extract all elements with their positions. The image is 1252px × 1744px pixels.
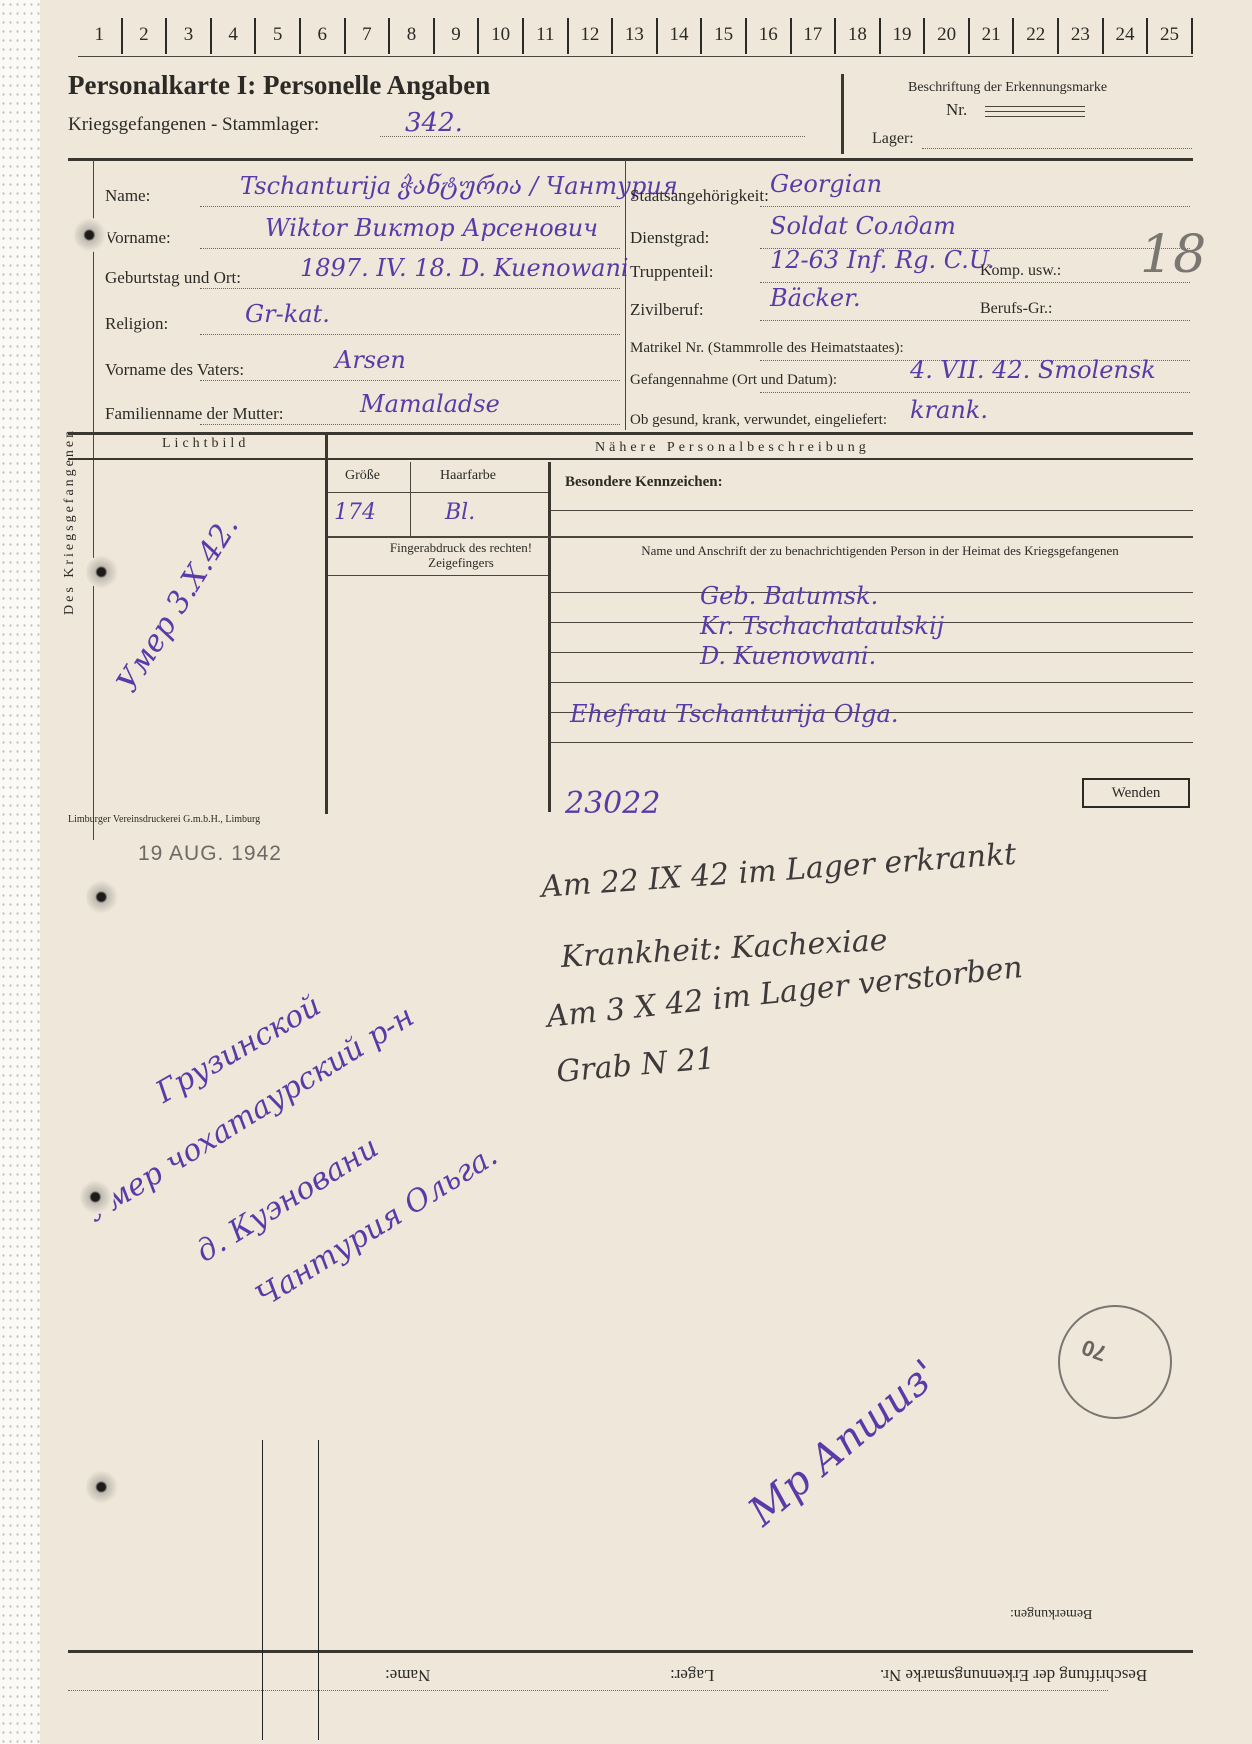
column-number: 7	[346, 18, 391, 54]
column-number: 10	[479, 18, 524, 54]
stamp-number: 70	[1078, 1334, 1110, 1367]
marks-label: Besondere Kennzeichen:	[565, 474, 723, 491]
right-field-label: Ob gesund, krank, verwundet, eingeliefer…	[630, 412, 887, 429]
table-rule	[328, 536, 1193, 538]
height-value: 174	[334, 500, 376, 525]
right-field-value: Georgian	[770, 170, 882, 198]
photo-header: Lichtbild	[162, 436, 249, 452]
column-number: 3	[167, 18, 212, 54]
right-field-label: Zivilberuf:	[630, 300, 704, 320]
section-rule	[68, 432, 1193, 435]
column-number: 22	[1014, 18, 1059, 54]
column-number: 4	[212, 18, 257, 54]
column-number: 25	[1148, 18, 1193, 54]
left-field-label: Religion:	[105, 314, 168, 334]
left-field-line	[200, 206, 620, 207]
right-field-line	[760, 320, 1190, 321]
punch-hole	[86, 1470, 120, 1504]
next-of-kin-line: D. Kuenowani.	[700, 642, 876, 670]
column-number: 5	[256, 18, 301, 54]
description-divider	[548, 462, 551, 812]
right-field-extra-label: Komp. usw.:	[980, 262, 1061, 280]
punch-hole	[86, 880, 120, 914]
tag-lager-dotline	[922, 148, 1192, 149]
column-divider	[625, 160, 626, 430]
column-number: 24	[1104, 18, 1149, 54]
right-field-line	[760, 282, 1190, 283]
hair-label: Haarfarbe	[440, 468, 496, 484]
right-field-value: Bäcker.	[770, 284, 861, 312]
left-field-line	[200, 288, 620, 289]
description-header: Nähere Personalbeschreibung	[595, 440, 870, 456]
scan-crease	[262, 1440, 263, 1740]
column-number: 8	[390, 18, 435, 54]
side-vertical-label: Des Kriegsgefangenen	[62, 428, 78, 615]
right-field-label: Truppenteil:	[630, 262, 713, 282]
left-field-value: Arsen	[335, 346, 406, 374]
column-number: 21	[970, 18, 1015, 54]
right-field-label: Staatsangehörigkeit:	[630, 186, 769, 206]
left-field-label: Geburtstag und Ort:	[105, 268, 241, 288]
column-number: 19	[881, 18, 926, 54]
ruled-line	[550, 742, 1193, 743]
left-field-line	[200, 424, 620, 425]
left-field-label: Familienname der Mutter:	[105, 404, 283, 424]
punch-hole	[74, 218, 108, 252]
right-field-value: 4. VII. 42. Smolensk	[910, 356, 1156, 384]
right-field-value: Soldat Солдат	[770, 212, 956, 240]
stalag-label: Kriegsgefangenen - Stammlager:	[68, 114, 319, 136]
right-field-label: Dienstgrad:	[630, 228, 709, 248]
right-field-label: Gefangennahme (Ort und Datum):	[630, 372, 837, 389]
column-number: 2	[123, 18, 168, 54]
left-field-value: Tschanturija ჭანტურია / Чантурия	[240, 172, 678, 200]
tag-header: Beschriftung der Erkennungsmarke	[908, 80, 1107, 96]
column-number-row: 1234567891011121314151617181920212223242…	[78, 18, 1193, 54]
column-number: 12	[569, 18, 614, 54]
right-field-value: krank.	[910, 396, 988, 424]
hair-value: Bl.	[445, 500, 475, 525]
tag-lager-label: Lager:	[872, 130, 914, 148]
stalag-value: 342.	[405, 108, 463, 138]
scan-crease	[318, 1440, 319, 1740]
numrow-underline	[78, 56, 1193, 57]
height-label: Größe	[345, 468, 380, 484]
tag-nr-line	[985, 116, 1085, 117]
tag-nr-label: Nr.	[946, 100, 967, 120]
reverse-tag-label: Beschriftung der Erkennungsmarke Nr.	[880, 1665, 1147, 1685]
reverse-dotline	[68, 1690, 1108, 1691]
left-margin-line	[93, 160, 94, 840]
right-field-line	[760, 206, 1190, 207]
column-number: 16	[747, 18, 792, 54]
next-of-kin-line: Geb. Batumsk.	[700, 582, 878, 610]
column-number: 15	[702, 18, 747, 54]
card-number: 23022	[565, 786, 660, 821]
next-of-kin-label: Name und Anschrift der zu benachrichtige…	[600, 543, 1160, 558]
reverse-bemerkungen: Bemerkungen:	[1010, 1605, 1092, 1621]
printer-imprint: Limburger Vereinsdruckerei G.m.b.H., Lim…	[68, 814, 260, 825]
column-number: 17	[792, 18, 837, 54]
fingerprint-label: Fingerabdruck des rechten! Zeigefingers	[386, 540, 536, 570]
column-number: 13	[613, 18, 658, 54]
ruled-line	[550, 510, 1193, 511]
right-field-label: Matrikel Nr. (Stammrolle des Heimatstaat…	[630, 340, 904, 357]
column-number: 6	[301, 18, 346, 54]
table-rule	[328, 575, 548, 576]
left-field-value: Mamaladse	[360, 390, 500, 418]
next-of-kin-line: Ehefrau Tschanturija Olga.	[570, 700, 898, 728]
table-divider	[410, 462, 411, 537]
card-title: Personalkarte I: Personelle Angaben	[68, 70, 490, 101]
punch-hole	[80, 1180, 114, 1214]
table-rule	[328, 492, 548, 493]
section-rule	[68, 458, 1193, 460]
reverse-lager-label: Lager:	[670, 1665, 714, 1685]
column-number: 23	[1059, 18, 1104, 54]
column-number: 14	[658, 18, 703, 54]
left-field-value: Gr-kat.	[245, 300, 330, 328]
right-field-value: 12-63 Inf. Rg. C.U.	[770, 246, 995, 274]
photo-divider	[325, 434, 328, 814]
left-field-value: 1897. IV. 18. D. Kuenowani	[300, 254, 629, 282]
tag-nr-line	[985, 106, 1085, 107]
column-number: 9	[435, 18, 480, 54]
wenden-button[interactable]: Wenden	[1082, 778, 1190, 808]
camp-circle-stamp: 70	[1058, 1305, 1172, 1419]
section-rule	[68, 158, 1193, 161]
left-field-label: Vorname:	[105, 228, 171, 248]
punch-hole	[86, 555, 120, 589]
header-divider	[841, 74, 844, 154]
right-field-line	[760, 392, 1190, 393]
column-number: 1	[78, 18, 123, 54]
pencil-number: 18	[1140, 225, 1206, 285]
left-field-value: Wiktor Виктор Арсенович	[265, 214, 598, 242]
left-field-line	[200, 334, 620, 335]
reverse-name-label: Name:	[385, 1665, 430, 1685]
left-field-line	[200, 248, 620, 249]
left-field-line	[200, 380, 620, 381]
column-number: 11	[524, 18, 569, 54]
right-field-extra-label: Berufs-Gr.:	[980, 300, 1052, 318]
reverse-rule	[68, 1650, 1193, 1653]
column-number: 20	[925, 18, 970, 54]
tag-nr-line	[985, 111, 1085, 112]
left-field-label: Vorname des Vaters:	[105, 360, 244, 380]
next-of-kin-line: Kr. Tschachataulskij	[700, 612, 944, 640]
column-number: 18	[836, 18, 881, 54]
left-field-label: Name:	[105, 186, 150, 206]
ruled-line	[550, 682, 1193, 683]
receipt-date-stamp: 19 AUG. 1942	[138, 842, 282, 866]
